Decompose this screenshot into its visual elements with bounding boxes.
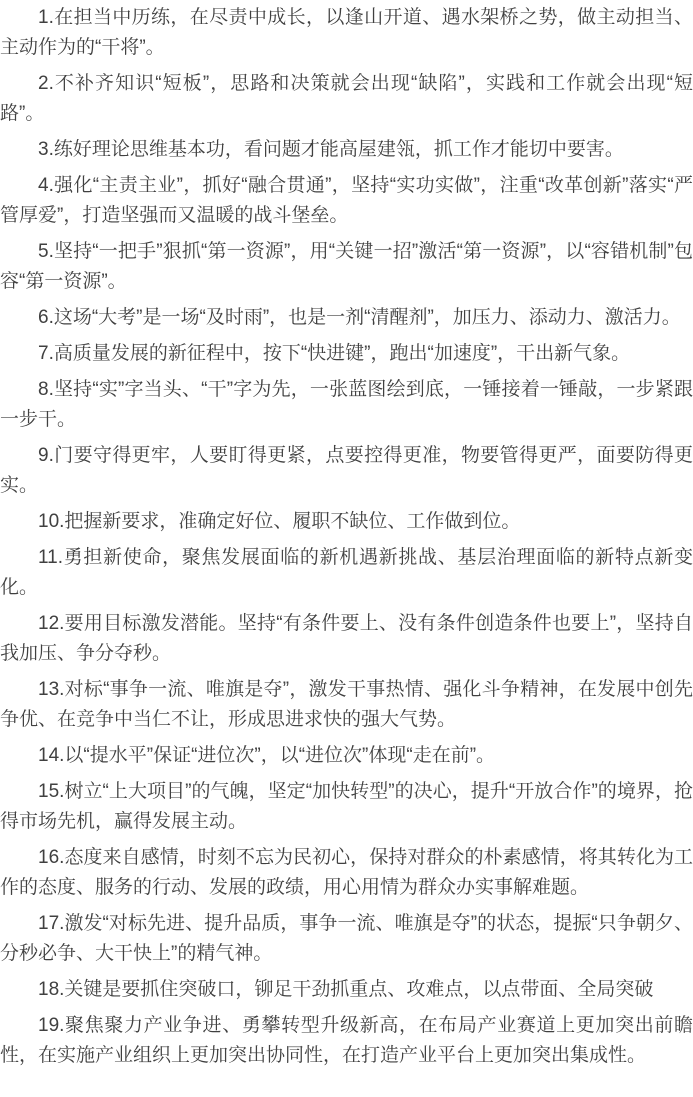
paragraph: 2.不补齐知识“短板”，思路和决策就会出现“缺陷”，实践和工作就会出现“短路”。 — [0, 69, 693, 129]
paragraph: 8.坚持“实”字当头、“干”字为先，一张蓝图绘到底，一锤接着一锤敲，一步紧跟一步… — [0, 375, 693, 435]
paragraph: 7.高质量发展的新征程中，按下“快进键”，跑出“加速度”，干出新气象。 — [0, 339, 693, 369]
paragraph: 17.激发“对标先进、提升品质，事争一流、唯旗是夺”的状态，提振“只争朝夕、分秒… — [0, 909, 693, 969]
paragraph: 18.关键是要抓住突破口，铆足干劲抓重点、攻难点，以点带面、全局突破 — [0, 975, 693, 1005]
paragraph: 3.练好理论思维基本功，看问题才能高屋建瓴，抓工作才能切中要害。 — [0, 135, 693, 165]
paragraph-list: 1.在担当中历练，在尽责中成长，以逢山开道、遇水架桥之势，做主动担当、主动作为的… — [0, 3, 693, 1071]
paragraph: 9.门要守得更牢，人要盯得更紧，点要控得更准，物要管得更严，面要防得更实。 — [0, 441, 693, 501]
paragraph: 15.树立“上大项目”的气魄，坚定“加快转型”的决心，提升“开放合作”的境界，抢… — [0, 777, 693, 837]
paragraph: 14.以“提水平”保证“进位次”，以“进位次”体现“走在前”。 — [0, 741, 693, 771]
paragraph: 10.把握新要求，准确定好位、履职不缺位、工作做到位。 — [0, 507, 693, 537]
paragraph: 4.强化“主责主业”，抓好“融合贯通”，坚持“实功实做”，注重“改革创新”落实“… — [0, 171, 693, 231]
paragraph: 1.在担当中历练，在尽责中成长，以逢山开道、遇水架桥之势，做主动担当、主动作为的… — [0, 3, 693, 63]
paragraph: 16.态度来自感情，时刻不忘为民初心，保持对群众的朴素感情，将其转化为工作的态度… — [0, 843, 693, 903]
paragraph: 12.要用目标激发潜能。坚持“有条件要上、没有条件创造条件也要上”，坚持自我加压… — [0, 609, 693, 669]
paragraph: 13.对标“事争一流、唯旗是夺”，激发干事热情、强化斗争精神，在发展中创先争优、… — [0, 675, 693, 735]
document-body: 1.在担当中历练，在尽责中成长，以逢山开道、遇水架桥之势，做主动担当、主动作为的… — [0, 0, 693, 1097]
paragraph: 5.坚持“一把手”狠抓“第一资源”，用“关键一招”激活“第一资源”，以“容错机制… — [0, 237, 693, 297]
paragraph: 19.聚焦聚力产业争进、勇攀转型升级新高，在布局产业赛道上更加突出前瞻性，在实施… — [0, 1011, 693, 1071]
paragraph: 6.这场“大考”是一场“及时雨”，也是一剂“清醒剂”，加压力、添动力、激活力。 — [0, 303, 693, 333]
paragraph: 11.勇担新使命，聚焦发展面临的新机遇新挑战、基层治理面临的新特点新变化。 — [0, 543, 693, 603]
